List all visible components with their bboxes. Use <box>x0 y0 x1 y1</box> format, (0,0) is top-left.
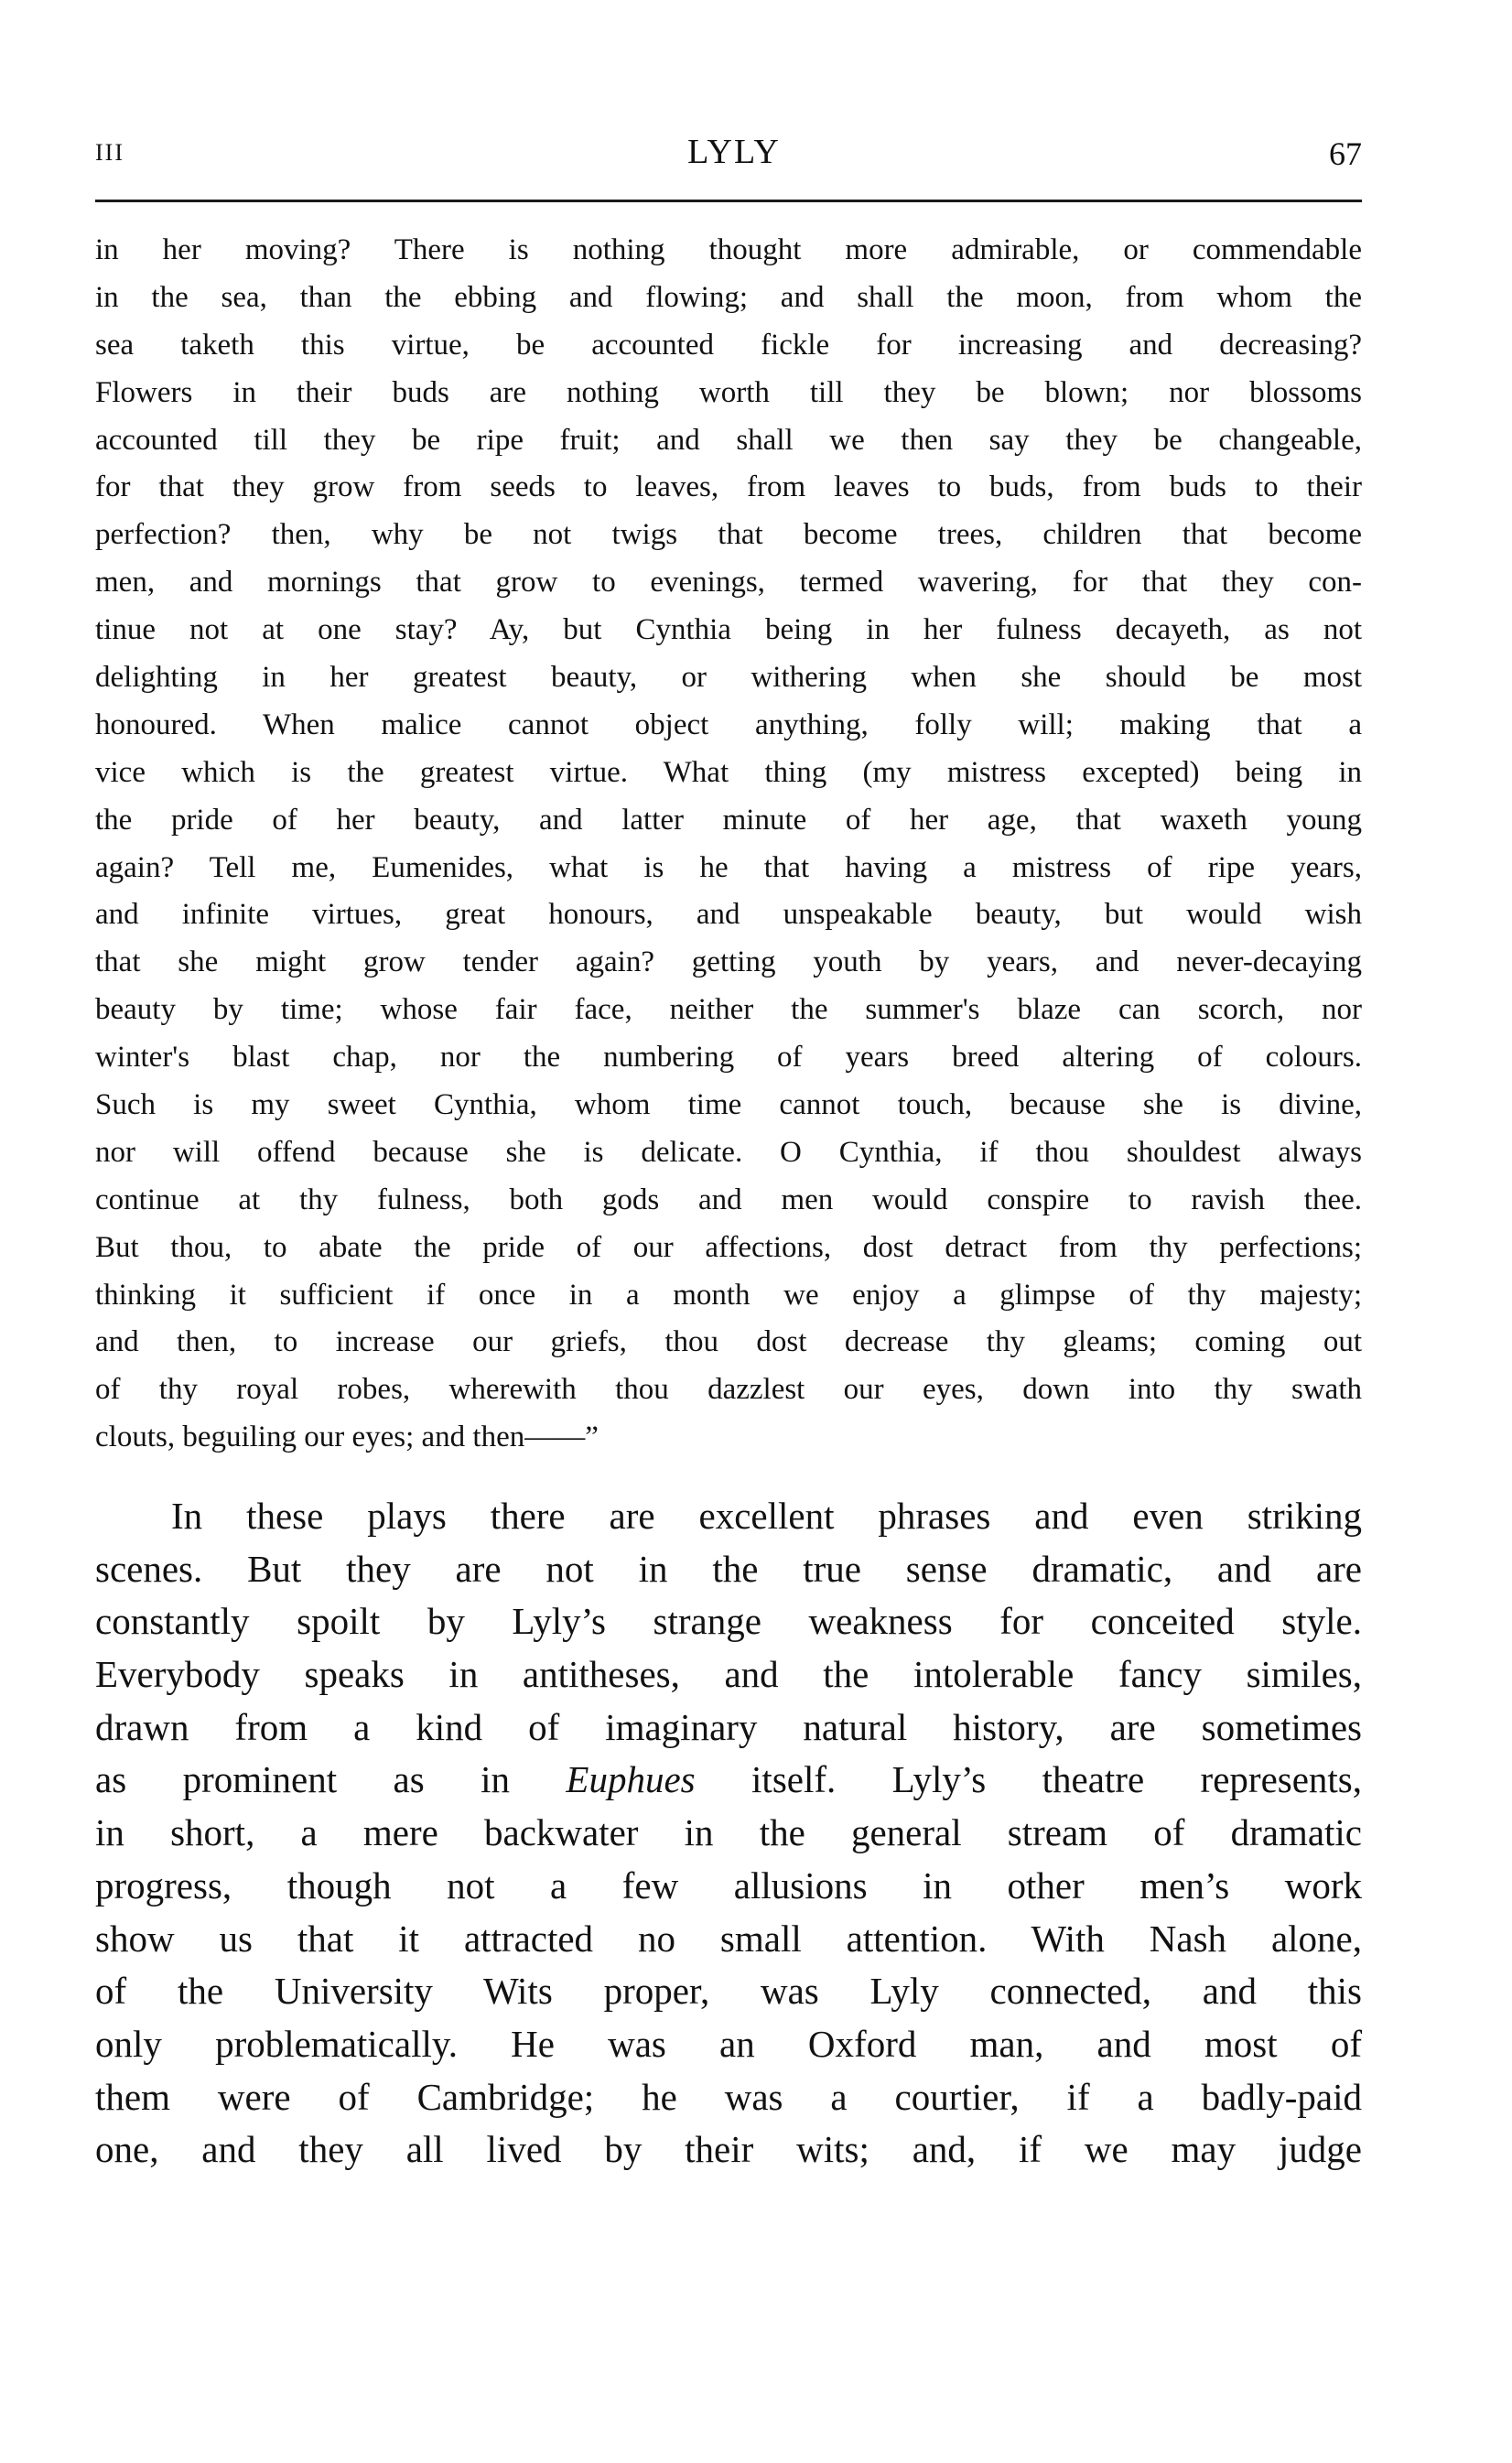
quote-line: and infinite virtues, great honours, and… <box>95 891 1362 939</box>
quote-line: nor will offend because she is delicate.… <box>95 1129 1362 1177</box>
running-title: LYLY <box>95 134 1362 170</box>
paragraph-line: In these plays there are excellent phras… <box>95 1490 1362 1543</box>
quote-line-last: clouts, beguiling our eyes; and then——” <box>95 1414 1362 1462</box>
book-page: III LYLY 67 in her moving? There is noth… <box>0 0 1512 2463</box>
quote-line: in the sea, than the ebbing and flowing;… <box>95 275 1362 322</box>
paragraph-line: drawn from a kind of imaginary natural h… <box>95 1701 1362 1755</box>
paragraph-line-with-title: as prominent as in Euphues itself. Lyly’… <box>95 1754 1362 1807</box>
paragraph-line: Everybody speaks in antitheses, and the … <box>95 1648 1362 1701</box>
line-segment: itself. Lyly’s theatre represents, <box>751 1758 1362 1800</box>
paragraph-line: constantly spoilt by Lyly’s strange weak… <box>95 1595 1362 1648</box>
quote-line: perfection? then, why be not twigs that … <box>95 512 1362 559</box>
quote-line: accounted till they be ripe fruit; and s… <box>95 417 1362 465</box>
quote-line: the pride of her beauty, and latter minu… <box>95 797 1362 845</box>
quote-line: Such is my sweet Cynthia, whom time cann… <box>95 1082 1362 1129</box>
quote-line: But thou, to abate the pride of our affe… <box>95 1225 1362 1272</box>
quote-line: Flowers in their buds are nothing worth … <box>95 370 1362 417</box>
paragraph-line: them were of Cambridge; he was a courtie… <box>95 2071 1362 2124</box>
quote-line: tinue not at one stay? Ay, but Cynthia b… <box>95 607 1362 654</box>
paragraph-line: in short, a mere backwater in the genera… <box>95 1807 1362 1860</box>
quote-line: beauty by time; whose fair face, neither… <box>95 987 1362 1034</box>
paragraph-line: only problematically. He was an Oxford m… <box>95 2018 1362 2071</box>
quote-line: honoured. When malice cannot object anyt… <box>95 702 1362 750</box>
quote-line: for that they grow from seeds to leaves,… <box>95 464 1362 512</box>
paragraph-line: show us that it attracted no small atten… <box>95 1913 1362 1966</box>
quote-line: sea taketh this virtue, be accounted fic… <box>95 322 1362 370</box>
quote-line: thinking it sufficient if once in a mont… <box>95 1272 1362 1320</box>
running-head: III LYLY 67 <box>95 134 1362 174</box>
line-segment: as prominent as in <box>95 1758 510 1800</box>
header-rule <box>95 200 1362 202</box>
book-title-euphues: Euphues <box>566 1758 695 1800</box>
paragraph-line: one, and they all lived by their wits; a… <box>95 2123 1362 2177</box>
quote-line: delighting in her greatest beauty, or wi… <box>95 654 1362 702</box>
quote-line: again? Tell me, Eumenides, what is he th… <box>95 845 1362 892</box>
paragraph-line: progress, though not a few allusions in … <box>95 1860 1362 1913</box>
quoted-passage: in her moving? There is nothing thought … <box>95 227 1362 1462</box>
quote-line: men, and mornings that grow to evenings,… <box>95 559 1362 607</box>
page-number: 67 <box>1329 135 1362 172</box>
quote-line: that she might grow tender again? gettin… <box>95 939 1362 987</box>
quote-line: of thy royal robes, wherewith thou dazzl… <box>95 1367 1362 1414</box>
body-paragraph: In these plays there are excellent phras… <box>95 1490 1362 2177</box>
paragraph-line: scenes. But they are not in the true sen… <box>95 1543 1362 1596</box>
quote-line: vice which is the greatest virtue. What … <box>95 750 1362 797</box>
paragraph-line: of the University Wits proper, was Lyly … <box>95 1965 1362 2018</box>
quote-line: and then, to increase our griefs, thou d… <box>95 1319 1362 1367</box>
quote-line: continue at thy fulness, both gods and m… <box>95 1177 1362 1225</box>
quote-line: in her moving? There is nothing thought … <box>95 227 1362 275</box>
quote-line: winter's blast chap, nor the numbering o… <box>95 1034 1362 1082</box>
